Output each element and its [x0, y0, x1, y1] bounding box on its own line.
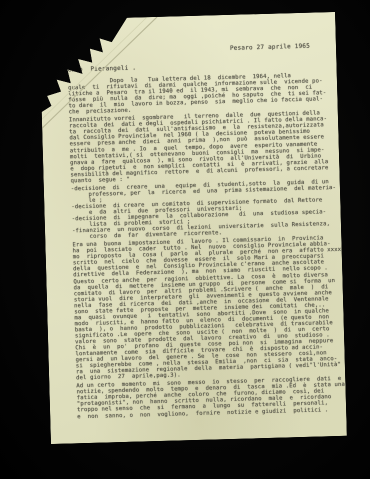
letter-paragraph: Ad un certo momento mi sono messo io ste…	[76, 376, 340, 420]
letter-paragraph: Dopo la Tua lettera del 18 dicembre 1964…	[68, 72, 332, 116]
letter-paragraph: -decisione di creare una equipe di stude…	[71, 179, 335, 241]
letter-paragraph: Innanzitutto vorrei sgombrare il terreno…	[69, 110, 334, 184]
letter-paragraph: Era una buona impostazione di lavoro . I…	[72, 235, 339, 381]
photo-background: Pesaro 27 aprile 1965 Caro Pierangeli . …	[0, 0, 370, 479]
letter-date: Pesaro 27 aprile 1965	[40, 42, 336, 57]
letter-paper: Pesaro 27 aprile 1965 Caro Pierangeli . …	[39, 12, 347, 444]
letter-body: Dopo la Tua lettera del 18 dicembre 1964…	[41, 72, 346, 421]
letter-salutation: Caro Pierangeli .	[40, 59, 336, 74]
